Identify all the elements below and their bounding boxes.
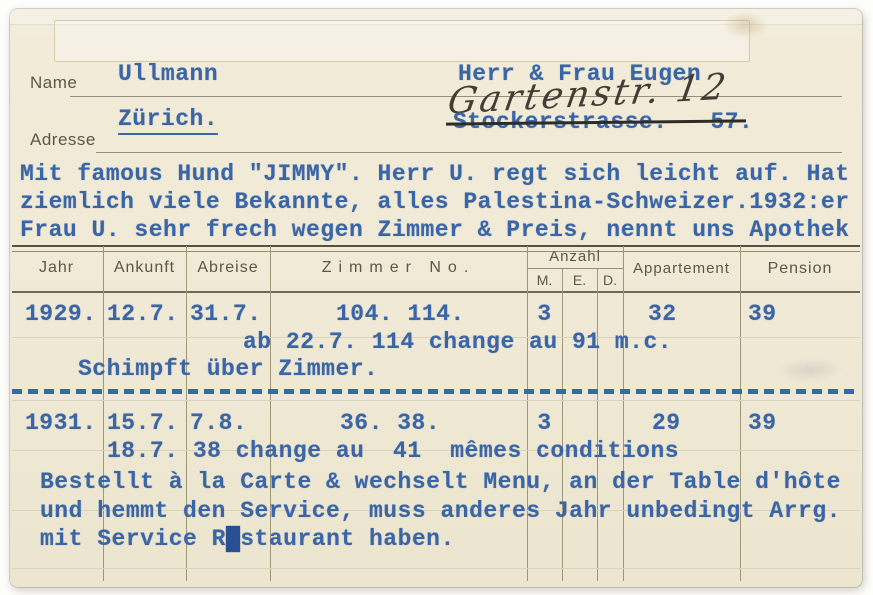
row1-pension: 39 xyxy=(748,301,777,327)
row2-ankunft: 15.7. xyxy=(107,410,179,436)
row2-abreise: 7.8. xyxy=(190,410,247,436)
table-vertical-rule xyxy=(562,269,563,581)
guest-card-photo: Name Ullmann Herr & Frau Eugen Gartenstr… xyxy=(0,0,873,595)
row2-pension: 39 xyxy=(748,410,777,436)
header-anzahl-m: M. xyxy=(527,272,562,288)
card-stain-bottom xyxy=(776,357,845,383)
header-appartement: Appartement xyxy=(623,260,740,277)
anzahl-subrule xyxy=(527,268,623,269)
row1-zimmer: 104. 114. xyxy=(336,301,465,327)
notes-top-line1: Mit famous Hund "JIMMY". Herr U. regt si… xyxy=(20,161,850,187)
header-anzahl-e: E. xyxy=(562,272,597,288)
row2-zimmer: 36. 38. xyxy=(340,410,440,436)
notes-bottom-line1: Bestellt à la Carte & wechselt Menu, an … xyxy=(40,469,841,495)
guest-surname: Ullmann xyxy=(118,61,218,87)
row1-ankunft: 12.7. xyxy=(107,301,179,327)
header-abreise: Abreise xyxy=(186,259,270,277)
table-vertical-rule xyxy=(740,246,741,581)
notes-top-line2: ziemlich viele Bekannte, alles Palestina… xyxy=(20,189,850,215)
header-jahr: Jahr xyxy=(10,259,103,277)
header-anzahl: Anzahl xyxy=(527,248,623,265)
header-zimmer-no: Zimmer No. xyxy=(270,259,527,277)
row2-jahr: 1931. xyxy=(25,410,97,436)
header-pension: Pension xyxy=(740,260,860,278)
table-vertical-rule xyxy=(623,246,624,581)
notes-bottom-line3-pre: mit Service R xyxy=(40,526,226,552)
card-stain-top xyxy=(722,11,768,39)
adresse-rule xyxy=(96,152,842,153)
ink-blot-character: e xyxy=(226,526,240,552)
row1-appartement: 32 xyxy=(648,301,677,327)
row2-anzahl-m: 3 xyxy=(527,410,562,436)
adresse-label: Adresse xyxy=(30,130,96,150)
row2-appartement: 29 xyxy=(652,410,681,436)
row2-note-change: 18.7. 38 change au 41 mêmes conditions xyxy=(107,438,679,464)
header-ankunft: Ankunft xyxy=(103,259,186,277)
row1-note-change: ab 22.7. 114 change au 91 m.c. xyxy=(243,329,672,355)
header-anzahl-d: D. xyxy=(597,272,623,288)
notes-top-line3: Frau U. sehr frech wegen Zimmer & Preis,… xyxy=(20,217,850,243)
notes-bottom-line2: und hemmt den Service, muss anderes Jahr… xyxy=(40,498,841,524)
typed-dashed-divider xyxy=(12,389,860,394)
notes-bottom-line3-post: staurant haben. xyxy=(240,526,455,552)
card-tab-strip xyxy=(54,20,750,62)
faint-rule xyxy=(12,400,860,401)
name-label: Name xyxy=(30,73,77,93)
table-top-border xyxy=(12,245,860,252)
row1-jahr: 1929. xyxy=(25,301,97,327)
row1-anzahl-m: 3 xyxy=(527,301,562,327)
table-header-border xyxy=(12,291,860,293)
notes-bottom-line3: mit Service Restaurant haben. xyxy=(40,526,455,552)
row1-abreise: 31.7. xyxy=(190,301,262,327)
guest-city: Zürich. xyxy=(118,106,218,135)
table-vertical-rule xyxy=(597,269,598,581)
row1-note-remark: Schimpft über Zimmer. xyxy=(78,356,378,382)
faint-rule xyxy=(12,568,860,569)
